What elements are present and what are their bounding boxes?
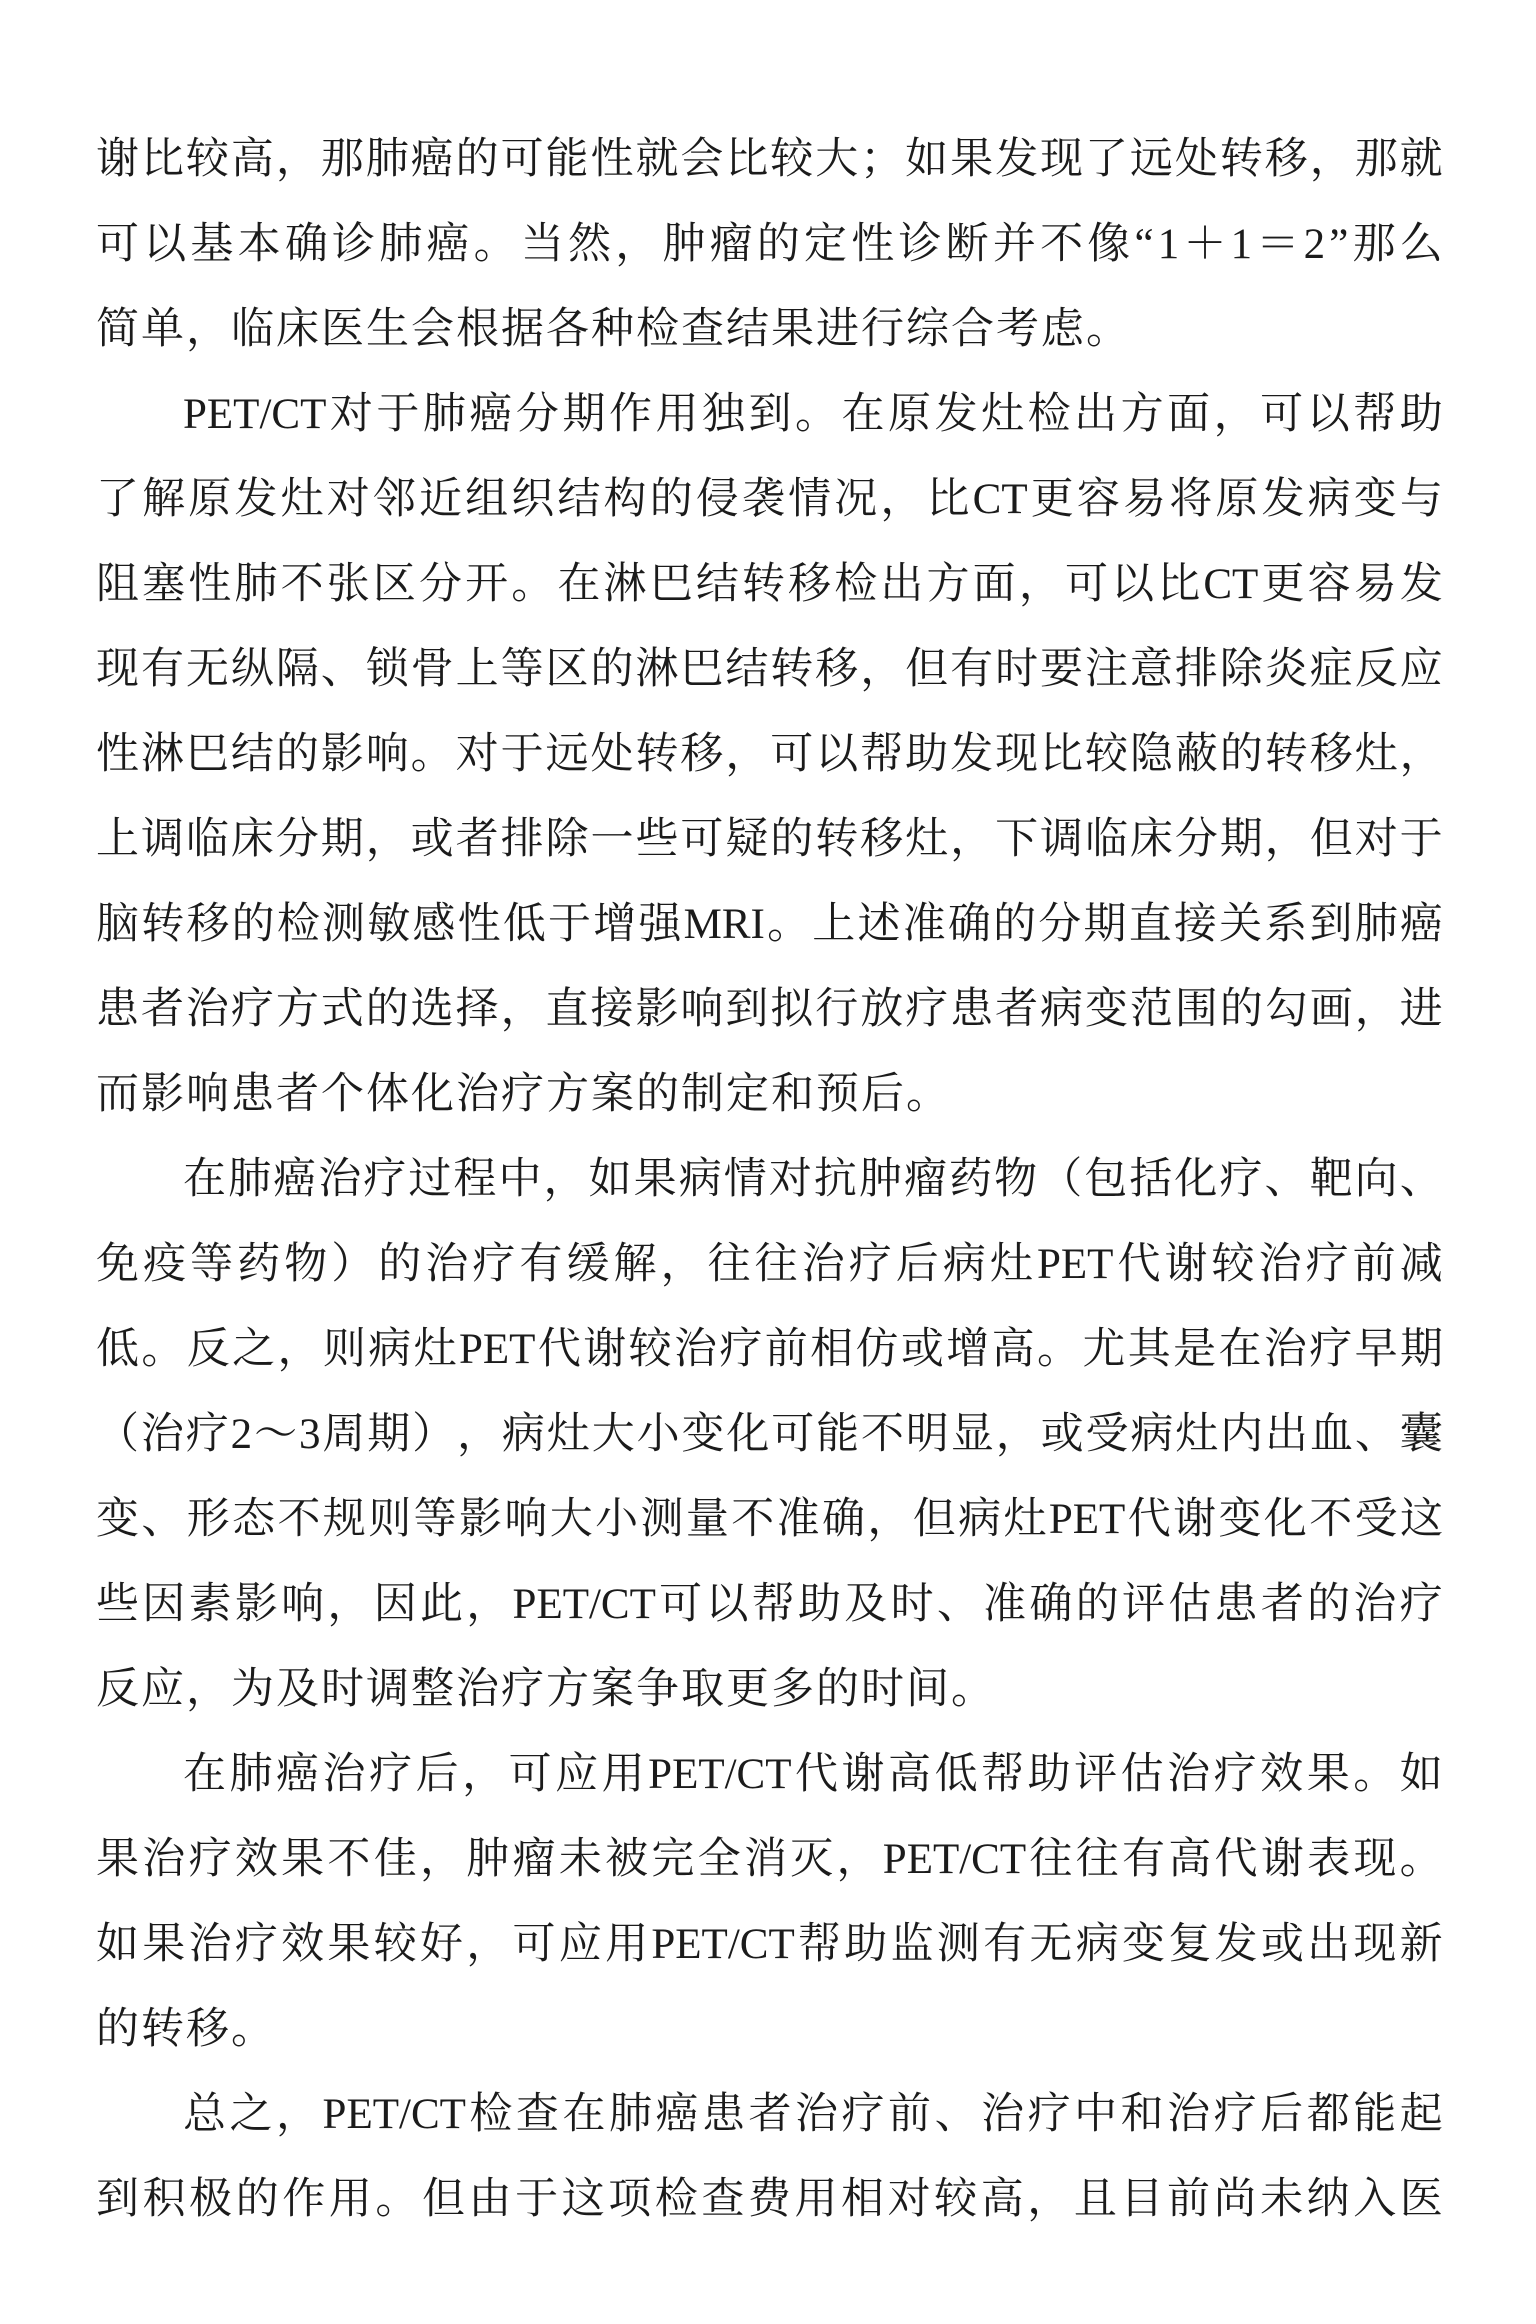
text-token: 肺 xyxy=(1355,882,1398,967)
text-token: 、 xyxy=(1400,1137,1443,1222)
text-token: 极 xyxy=(189,2157,232,2242)
text-token: 发 xyxy=(1400,542,1443,627)
text-token: ） xyxy=(331,1222,374,1307)
text-token: 或 xyxy=(411,797,454,882)
text-token: 检 xyxy=(655,2157,698,2242)
text-token: 测 xyxy=(937,1902,980,1987)
text-token: 治 xyxy=(674,1307,717,1392)
text-token: 近 xyxy=(419,457,462,542)
text-line: 免疫等药物）的治疗有缓解，往往治疗后病灶PET代谢较治疗前减 xyxy=(96,1222,1443,1307)
text-token: 能 xyxy=(1353,2072,1396,2157)
text-token: 期 xyxy=(562,372,605,457)
text-token: 到 xyxy=(749,372,792,457)
text-token: 、 xyxy=(1355,1392,1398,1477)
text-token: 癌 xyxy=(276,1732,319,1817)
text-token: 将 xyxy=(1169,457,1212,542)
text-token: 的 xyxy=(456,117,499,202)
text-token: 择 xyxy=(456,967,499,1052)
text-token: 被 xyxy=(605,1817,648,1902)
text-token: 分 xyxy=(516,372,559,457)
text-token: 组 xyxy=(465,457,508,542)
text-token: 独 xyxy=(702,372,745,457)
text-token: 影 xyxy=(321,712,364,797)
text-token: 于 xyxy=(376,372,419,457)
text-token: 分 xyxy=(1175,797,1218,882)
text-token: 癌 xyxy=(411,117,454,202)
text-token: 效 xyxy=(235,1817,278,1902)
text-token: 疗 xyxy=(719,1307,762,1392)
text-token: 不 xyxy=(281,542,324,627)
text-token: 有 xyxy=(983,1902,1026,1987)
text-token: 。 xyxy=(795,372,838,457)
text-token: 直 xyxy=(1129,882,1172,967)
text-token: 者 xyxy=(749,2072,792,2157)
text-token: 减 xyxy=(1400,1222,1443,1307)
text-token: 瘤 xyxy=(513,1817,556,1902)
text-token: 病 xyxy=(679,1137,722,1222)
text-token: 除 xyxy=(1220,627,1263,712)
text-token: ， xyxy=(544,1137,587,1222)
text-token: 消 xyxy=(744,1817,787,1902)
text-token: 、 xyxy=(141,1477,184,1562)
text-token: 现 xyxy=(995,712,1038,797)
text-token: 用 xyxy=(602,1732,645,1817)
text-token: 上 xyxy=(812,882,855,967)
text-line: 在肺癌治疗过程中，如果病情对抗肿瘤药物（包括化疗、靶向、 xyxy=(96,1137,1443,1222)
text-token: 以 xyxy=(143,202,186,287)
text-token: 移 xyxy=(860,797,903,882)
text-line: 患者治疗方式的选择，直接影响到拟行放疗患者病变范围的勾画，进 xyxy=(96,967,1443,1052)
text-token: 的 xyxy=(1220,712,1263,797)
text-token: 果 xyxy=(281,1817,324,1902)
text-token: 作 xyxy=(282,2157,325,2242)
text-token: 、 xyxy=(937,1562,980,1647)
text-token: 治 xyxy=(1353,1562,1396,1647)
text-token: 可 xyxy=(1260,372,1303,457)
text-token: 规 xyxy=(323,1477,366,1562)
text-token: 锁 xyxy=(366,627,409,712)
text-token: ， xyxy=(276,117,319,202)
text-token: 比 xyxy=(1040,712,1083,797)
text-token: ， xyxy=(880,457,923,542)
text-line: 的转移。 xyxy=(96,1987,1443,2072)
text-token: 治 xyxy=(981,2072,1024,2157)
text-token: ， xyxy=(837,1817,880,1902)
text-token: 处 xyxy=(1175,117,1218,202)
text-token: 的 xyxy=(366,967,409,1052)
text-token: 并 xyxy=(993,202,1036,287)
text-token: 高 xyxy=(992,1307,1035,1392)
text-token: 或 xyxy=(1041,1392,1084,1477)
text-token: 过 xyxy=(408,1137,451,1222)
text-token: 发 xyxy=(995,117,1038,202)
text-token: 分 xyxy=(419,542,462,627)
text-token: 治 xyxy=(142,1817,185,1902)
text-token: 等 xyxy=(414,1477,457,1562)
text-token: 移 xyxy=(815,627,858,712)
text-token: 要 xyxy=(1040,627,1083,712)
text-token: 较 xyxy=(186,117,229,202)
text-token: 疗 xyxy=(842,2072,885,2157)
text-token: 估 xyxy=(1121,1732,1164,1817)
text-token: 巴 xyxy=(680,627,723,712)
text-token: 疗 xyxy=(369,1732,412,1817)
text-token: 敏 xyxy=(367,882,410,967)
text-token: 与 xyxy=(1400,457,1443,542)
text-token: 原 xyxy=(888,372,931,457)
text-token: 可 xyxy=(659,1562,702,1647)
text-token: 代 xyxy=(795,1732,838,1817)
text-token: 靶 xyxy=(1310,1137,1353,1222)
text-token: 疫 xyxy=(143,1222,186,1307)
text-token: 化 xyxy=(726,1392,769,1477)
text-token: 处 xyxy=(590,712,633,797)
text-token: 助 xyxy=(844,1902,887,1987)
text-token: 于 xyxy=(515,2157,558,2242)
text-token: PET xyxy=(1037,1222,1113,1307)
text-token: ， xyxy=(462,1732,505,1817)
text-token: 治 xyxy=(318,1137,361,1222)
text-token: 目 xyxy=(1120,2157,1163,2242)
text-token: PET/CT xyxy=(513,1562,656,1647)
text-token: 。 xyxy=(411,712,454,797)
text-token: 小 xyxy=(595,1477,638,1562)
text-token: 化 xyxy=(1264,1477,1307,1562)
text-token: 诊 xyxy=(332,202,375,287)
text-token: 帮 xyxy=(860,712,903,797)
text-token: 的 xyxy=(1076,1562,1119,1647)
text-token: 性 xyxy=(96,712,139,797)
text-token: 药 xyxy=(949,1137,992,1222)
text-token: 淋 xyxy=(604,542,647,627)
text-token: 帮 xyxy=(1353,372,1396,457)
text-token: 癌 xyxy=(1400,882,1443,967)
text-token: 变 xyxy=(1218,1477,1261,1562)
text-token: 或 xyxy=(1261,1902,1304,1987)
text-token: 此 xyxy=(420,1562,463,1647)
text-token: 区 xyxy=(546,627,589,712)
text-token: 大 xyxy=(815,117,858,202)
text-token: ， xyxy=(466,1562,509,1647)
text-token: 期 xyxy=(367,1392,410,1477)
text-token: 代 xyxy=(1215,1817,1258,1902)
text-token: 无 xyxy=(1029,1902,1072,1987)
text-token: 作 xyxy=(609,372,652,457)
text-token: 有 xyxy=(950,627,993,712)
text-token: 尚 xyxy=(1214,2157,1257,2242)
text-token: 治 xyxy=(795,2072,838,2157)
text-token: ， xyxy=(278,1307,321,1392)
text-token: 囊 xyxy=(1400,1392,1443,1477)
text-line: 在肺癌治疗后，可应用PET/CT代谢高低帮助评估治疗效果。如 xyxy=(96,1732,1443,1817)
text-line: 性淋巴结的影响。对于远处转移，可以帮助发现比较隐蔽的转移灶， xyxy=(96,712,1443,797)
text-token: 高 xyxy=(1168,1817,1211,1902)
text-token: 隔 xyxy=(276,627,319,712)
text-token: 大 xyxy=(550,1477,593,1562)
text-token: 灶 xyxy=(547,1392,590,1477)
text-token: 或 xyxy=(901,1307,944,1392)
text-token: 脑 xyxy=(96,882,139,967)
text-line: 如果治疗效果较好，可应用PET/CT帮助监测有无病变复发或出现新 xyxy=(96,1902,1443,1987)
text-token: 比 xyxy=(1157,542,1200,627)
text-token: 在 xyxy=(183,1732,226,1817)
text-token: 3 xyxy=(299,1392,321,1477)
text-token: 则 xyxy=(323,1307,366,1392)
text-token: 但 xyxy=(913,1477,956,1562)
text-token: 意 xyxy=(1130,627,1173,712)
text-token: 灶 xyxy=(1004,1477,1047,1562)
text-token: 治 xyxy=(189,1902,232,1987)
text-token: 果 xyxy=(950,117,993,202)
text-line: 低。反之，则病灶PET代谢较治疗前相仿或增高。尤其是在治疗早期 xyxy=(96,1307,1443,1392)
text-token: 以 xyxy=(815,712,858,797)
text-token: 移 xyxy=(680,712,723,797)
text-token: 性 xyxy=(458,882,501,967)
text-token: 骨 xyxy=(411,627,454,712)
text-token: 不 xyxy=(278,1477,321,1562)
text-token: 疑 xyxy=(725,797,768,882)
text-token: 容 xyxy=(1077,457,1120,542)
text-line: PET/CT对于肺癌分期作用独到。在原发灶检出方面，可以帮助 xyxy=(96,372,1443,457)
text-token: 转 xyxy=(635,712,678,797)
text-token: ， xyxy=(457,1392,500,1477)
text-token: 疗 xyxy=(189,1817,232,1902)
text-token: 易 xyxy=(1354,542,1397,627)
text-token: 肺 xyxy=(423,372,466,457)
text-token: 治 xyxy=(1259,1222,1302,1307)
text-token: 发 xyxy=(1261,457,1304,542)
text-token: 果 xyxy=(142,1902,185,1987)
text-token: 临 xyxy=(186,797,229,882)
text-token: 疗 xyxy=(1214,2072,1257,2157)
text-line: 可以基本确诊肺癌。当然，肿瘤的定性诊断并不像“1＋1＝2”那么 xyxy=(96,202,1443,287)
text-token: 高 xyxy=(231,117,274,202)
text-token: 周 xyxy=(322,1392,365,1477)
text-token: 费 xyxy=(748,2157,791,2242)
text-token: 对 xyxy=(769,1137,812,1222)
text-token: 谢 xyxy=(1164,1222,1207,1307)
text-token: 现 xyxy=(1040,117,1083,202)
text-line: 总之，PET/CT检查在肺癌患者治疗前、治疗中和治疗后都能起 xyxy=(96,2072,1443,2157)
text-token: 范 xyxy=(1130,967,1173,1052)
text-token: 移 xyxy=(186,882,229,967)
text-token: 影 xyxy=(235,1562,278,1647)
text-token: 。 xyxy=(511,542,554,627)
text-token: 癌 xyxy=(469,372,512,457)
text-token: 估 xyxy=(1168,1562,1211,1647)
text-token: （ xyxy=(1039,1137,1082,1222)
text-token: 检 xyxy=(277,882,320,967)
text-token: 的 xyxy=(770,797,813,882)
text-token: 者 xyxy=(995,967,1038,1052)
text-token: 些 xyxy=(635,797,678,882)
text-token: 之 xyxy=(230,2072,273,2157)
text-token: 抗 xyxy=(814,1137,857,1222)
text-token: 形 xyxy=(187,1477,230,1562)
text-token: 助 xyxy=(798,1562,841,1647)
text-token: 受 xyxy=(1355,1477,1398,1562)
text-token: 疗 xyxy=(235,1902,278,1987)
text-token: 高 xyxy=(888,1732,931,1817)
text-token: 小 xyxy=(637,1392,680,1477)
text-token: 较 xyxy=(374,1902,417,1987)
text-token: 果 xyxy=(1307,1732,1350,1817)
text-token: 助 xyxy=(1028,1732,1071,1817)
text-token: 瘤 xyxy=(710,202,753,287)
text-token: 较 xyxy=(1212,1222,1255,1307)
text-token: 评 xyxy=(1074,1732,1117,1817)
text-line: 了解原发灶对邻近组织结构的侵袭情况，比CT更容易将原发病变与 xyxy=(96,457,1443,542)
text-token: 监 xyxy=(891,1902,934,1987)
text-token: 移 xyxy=(1310,712,1353,797)
text-token: 行 xyxy=(815,967,858,1052)
text-token: 癌 xyxy=(655,2072,698,2157)
text-token: 且 xyxy=(1074,2157,1117,2242)
text-token: 病 xyxy=(1040,967,1083,1052)
text-token: 响 xyxy=(504,1477,547,1562)
text-token: 发 xyxy=(1215,1902,1258,1987)
text-token: 都 xyxy=(1307,2072,1350,2157)
text-token: 邻 xyxy=(373,457,416,542)
text-token: 者 xyxy=(456,797,499,882)
text-token: 可 xyxy=(501,117,544,202)
text-token: 、 xyxy=(1265,1137,1308,1222)
text-token: 后 xyxy=(1260,2072,1303,2157)
text-token: 现 xyxy=(1353,1817,1396,1902)
text-token: 移 xyxy=(788,542,831,627)
text-token: 解 xyxy=(142,457,185,542)
text-token: 的 xyxy=(1220,967,1263,1052)
text-token: 查 xyxy=(701,2157,744,2242)
text-token: 有 xyxy=(141,627,184,712)
text-token: 调 xyxy=(1040,797,1083,882)
text-token: 病 xyxy=(1130,1392,1173,1477)
text-token: 准 xyxy=(777,1477,820,1562)
text-token: 疗 xyxy=(849,1222,892,1307)
text-token: 后 xyxy=(416,1732,459,1817)
text-token: 医 xyxy=(1400,2157,1443,2242)
text-token: ， xyxy=(1400,712,1443,797)
text-token: “ xyxy=(1134,202,1153,287)
text-token: 响 xyxy=(281,1562,324,1647)
text-token: ， xyxy=(1310,117,1353,202)
text-token: 程 xyxy=(453,1137,496,1222)
text-token: 较 xyxy=(770,117,813,202)
text-token: 在 xyxy=(842,372,885,457)
text-token: 。 xyxy=(767,882,810,967)
text-token: 出 xyxy=(1307,1902,1350,1987)
text-token: 塞 xyxy=(142,542,185,627)
text-token: 患 xyxy=(1215,1562,1258,1647)
text-token: 转 xyxy=(815,797,858,882)
text-token: 能 xyxy=(546,117,589,202)
text-line: 果治疗效果不佳，肿瘤未被完全消灭，PET/CT往往有高代谢表现。 xyxy=(96,1817,1443,1902)
text-token: 分 xyxy=(1038,882,1081,967)
text-token: （ xyxy=(96,1392,139,1477)
text-token: 关 xyxy=(1219,882,1262,967)
text-token: MRI xyxy=(684,882,765,967)
text-token: 较 xyxy=(934,2157,977,2242)
text-token: 时 xyxy=(995,627,1038,712)
text-token: 肺 xyxy=(234,542,277,627)
text-token: 性 xyxy=(851,202,894,287)
text-token: 肺 xyxy=(366,117,409,202)
text-token: 佳 xyxy=(374,1817,417,1902)
text-token: 移 xyxy=(1265,117,1308,202)
text-token: 谢 xyxy=(1261,1817,1304,1902)
text-token: 患 xyxy=(96,967,139,1052)
text-token: ， xyxy=(327,1562,370,1647)
text-token: 帮 xyxy=(798,1902,841,1987)
text-token: 谢 xyxy=(1173,1477,1216,1562)
text-token: 响 xyxy=(680,967,723,1052)
text-token: 。 xyxy=(1353,1732,1396,1817)
text-token: 确 xyxy=(285,202,328,287)
text-token: 织 xyxy=(511,457,554,542)
text-token: 物 xyxy=(284,1222,327,1307)
text-token: 准 xyxy=(983,1562,1026,1647)
text-token: 式 xyxy=(321,967,364,1052)
text-token: 代 xyxy=(1128,1477,1171,1562)
text-token: 强 xyxy=(638,882,681,967)
text-token: 。 xyxy=(1400,1817,1443,1902)
text-token: ， xyxy=(725,712,768,797)
text-token: ， xyxy=(1214,372,1257,457)
text-token: 肿 xyxy=(466,1817,509,1902)
text-token: 如 xyxy=(1400,1732,1443,1817)
text-token: 患 xyxy=(950,967,993,1052)
text-token: 淋 xyxy=(141,712,184,797)
text-token: 病 xyxy=(943,1222,986,1307)
text-token: 构 xyxy=(604,457,647,542)
text-token: PET/CT xyxy=(651,1902,794,1987)
text-token: 化 xyxy=(1174,1137,1217,1222)
text-token: 区 xyxy=(373,542,416,627)
text-line: 上调临床分期，或者排除一些可疑的转移灶，下调临床分期，但对于 xyxy=(96,797,1443,882)
text-token: 反 xyxy=(1355,627,1398,712)
text-token: 用 xyxy=(605,1902,648,1987)
text-token: 疗 xyxy=(1309,1307,1352,1392)
text-token: 易 xyxy=(1123,457,1166,542)
text-token: 果 xyxy=(96,1817,139,1902)
text-token: 治 xyxy=(323,1732,366,1817)
text-token: 了 xyxy=(1085,117,1128,202)
text-token: 低 xyxy=(96,1307,139,1392)
text-token: 物 xyxy=(994,1137,1037,1222)
text-token: 比 xyxy=(141,117,184,202)
text-token: PET xyxy=(459,1307,535,1392)
text-token: 往 xyxy=(1029,1817,1072,1902)
text-token: 不 xyxy=(1040,202,1083,287)
text-token: 显 xyxy=(951,1392,994,1477)
text-token: PET xyxy=(1049,1477,1125,1562)
text-token: ～ xyxy=(254,1392,297,1477)
text-token: 侵 xyxy=(696,457,739,542)
text-token: 围 xyxy=(1175,967,1218,1052)
text-token: 新 xyxy=(1400,1902,1443,1987)
text-token: 前 xyxy=(1353,1222,1396,1307)
text-token: 病 xyxy=(368,1307,411,1392)
text-token: 进 xyxy=(1400,967,1443,1052)
text-token: 病 xyxy=(958,1477,1001,1562)
text-token: 上 xyxy=(96,797,139,882)
text-token: 因 xyxy=(374,1562,417,1647)
text-token: 结 xyxy=(557,457,600,542)
text-token: 了 xyxy=(96,457,139,542)
text-token: 应 xyxy=(555,1732,598,1817)
text-token: 等 xyxy=(190,1222,233,1307)
text-token: 期 xyxy=(1084,882,1127,967)
